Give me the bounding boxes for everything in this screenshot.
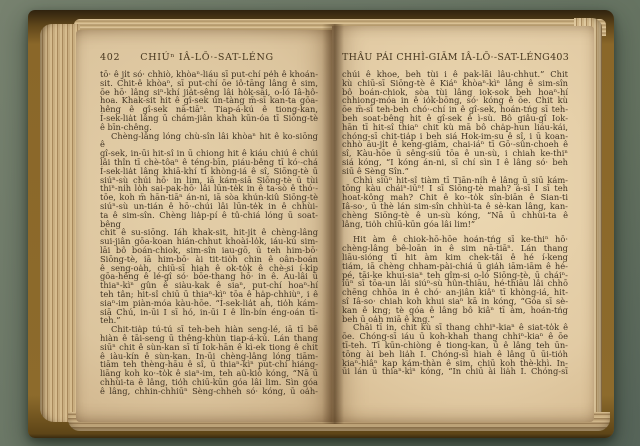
left-page: 402 CHIÚⁿ IÂ-LŌ·-SAT-LÉNG tō· ê ji̍t só·… bbox=[76, 30, 332, 422]
page-edges-left bbox=[40, 24, 80, 422]
paragraph: chúi ê khoe, beh tùi i ê pak-lāi lâu-chh… bbox=[342, 70, 568, 176]
left-page-content: 402 CHIÚⁿ IÂ-LŌ·-SAT-LÉNG tō· ê ji̍t só·… bbox=[100, 52, 318, 395]
left-page-number: 402 bbox=[100, 52, 120, 63]
paragraph: Chāi tī in, chit kù sī thang chhiⁿ-kiaⁿ … bbox=[342, 323, 568, 376]
paragraph: Chhì siūⁿ hit-sî tiàm tī Tiān-ni̍h ê lân… bbox=[342, 176, 568, 229]
paragraph: tō· ê ji̍t só· chhiò, khòaⁿ-liáu sī put-… bbox=[100, 70, 318, 132]
right-page-text: chúi ê khoe, beh tùi i ê pak-lāi lâu-chh… bbox=[342, 70, 568, 376]
left-running-title: CHIÚⁿ IÂ-LŌ·-SAT-LÉNG bbox=[140, 52, 274, 63]
right-running-title: THÂU PÁI CHHÌ-GIĀM IÂ-LŌ·-SAT-LÉNG bbox=[342, 52, 550, 63]
right-page: THÂU PÁI CHHÌ-GIĀM IÂ-LŌ·-SAT-LÉNG 403 c… bbox=[332, 26, 594, 422]
right-page-header: THÂU PÁI CHHÌ-GIĀM IÂ-LŌ·-SAT-LÉNG 403 bbox=[342, 52, 568, 63]
left-page-text: tō· ê ji̍t só· chhiò, khòaⁿ-liáu sī put-… bbox=[100, 70, 318, 395]
text-line: siā Chú, in-ūi I sī hó, in-ūi I ê lîn-bí… bbox=[100, 308, 318, 317]
text-line: ūi lán ū thiaⁿ-kìⁿ kóng, “In chiū ài lia… bbox=[342, 367, 568, 376]
paragraph: Chèng-lâng lóng chù-sîn lâi khòaⁿ hit ê … bbox=[100, 132, 318, 326]
left-page-header: 402 CHIÚⁿ IÂ-LŌ·-SAT-LÉNG bbox=[100, 52, 318, 63]
paragraph: Hit àm ê chiok-hō-hōe hoán-tńg sī ke-thi… bbox=[342, 235, 568, 323]
right-page-content: THÂU PÁI CHHÌ-GIĀM IÂ-LŌ·-SAT-LÉNG 403 c… bbox=[342, 52, 568, 376]
open-book: 402 CHIÚⁿ IÂ-LŌ·-SAT-LÉNG tō· ê ji̍t só·… bbox=[28, 10, 614, 438]
photo-background: 402 CHIÚⁿ IÂ-LŌ·-SAT-LÉNG tō· ê ji̍t só·… bbox=[0, 0, 640, 446]
paragraph: Chit-tia̍p tú-tú sī teh-beh hiàn seng-lé… bbox=[100, 325, 318, 395]
text-line: lâng, tio̍h chiū-kūn góa lâi lim!” bbox=[342, 220, 568, 229]
text-line: ê lâng, chhin-chhiūⁿ Sèng-chheh só· kóng… bbox=[100, 387, 318, 396]
text-line: Chèng-lâng lóng chù-sîn lâi khòaⁿ hit ê … bbox=[100, 132, 318, 150]
text-line: ta ê sim-sîn. Chèng lia̍p-pí ê tû-chiá l… bbox=[100, 211, 318, 229]
right-page-number: 403 bbox=[550, 52, 569, 63]
